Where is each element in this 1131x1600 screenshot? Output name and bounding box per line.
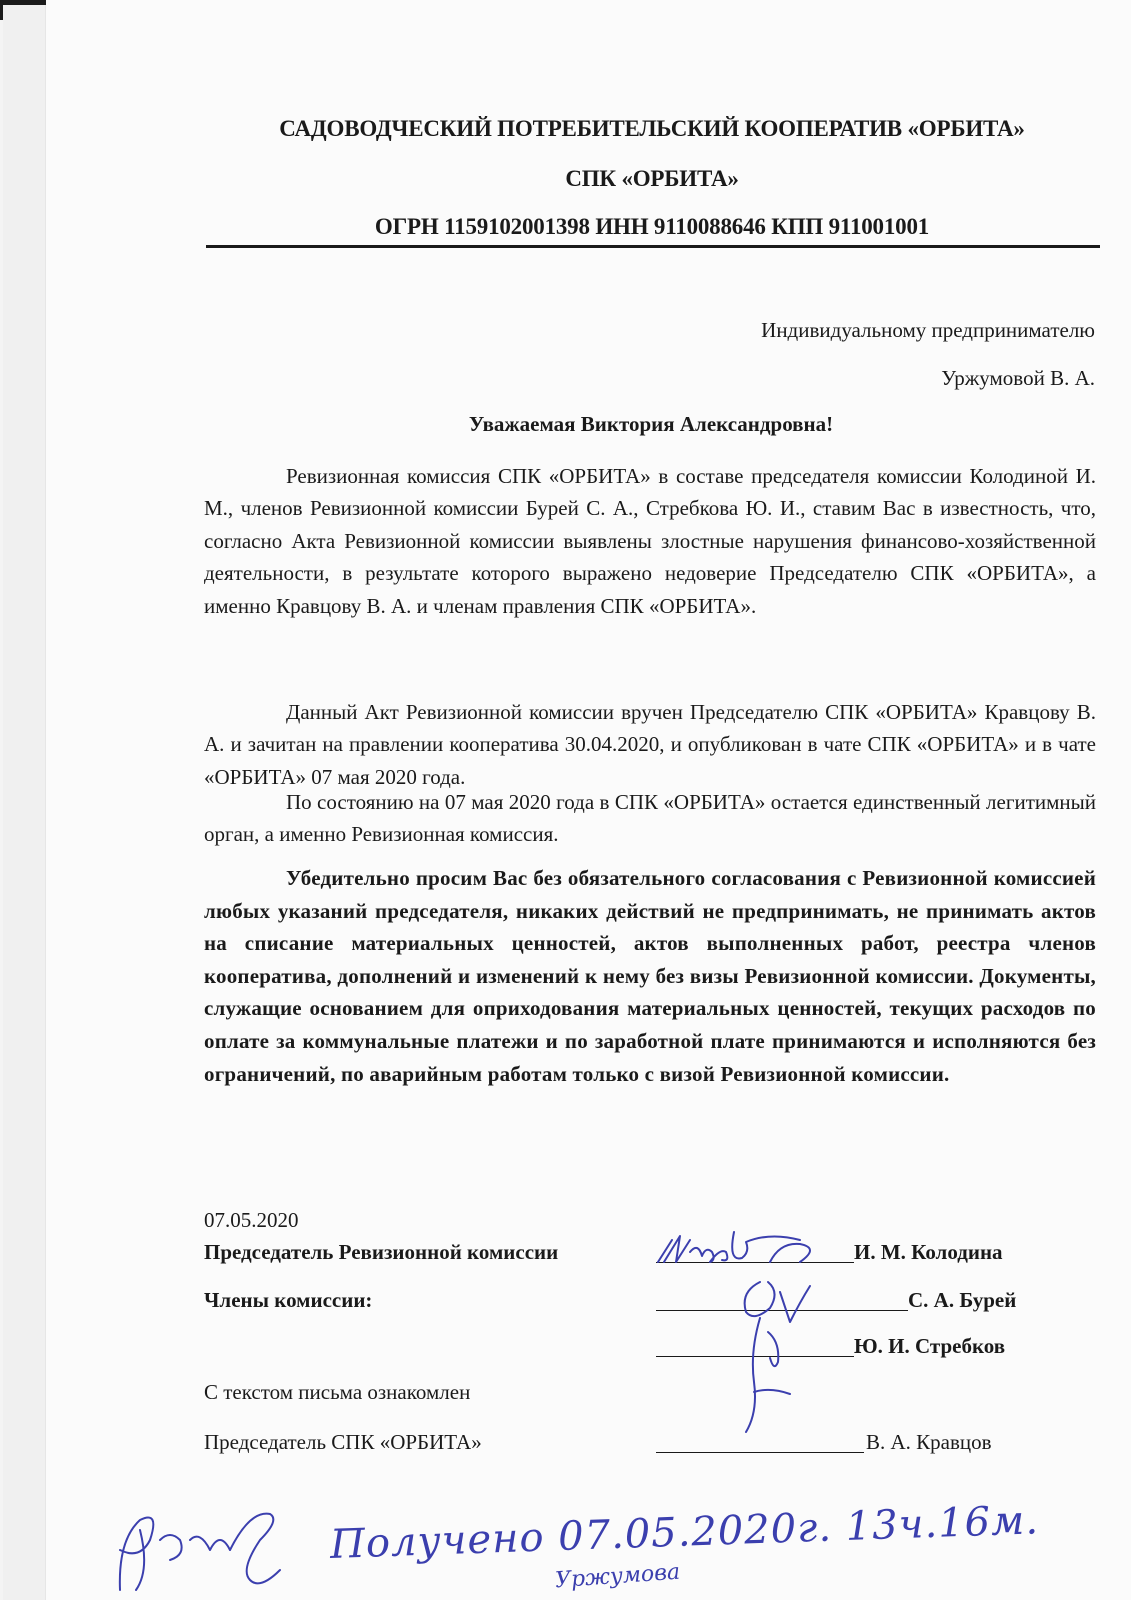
members-label: Члены комиссии: bbox=[204, 1288, 372, 1313]
signature-line bbox=[656, 1240, 854, 1263]
member2-name: Ю. И. Стребков bbox=[854, 1334, 1005, 1359]
acknowledgement-name: В. А. Кравцов bbox=[866, 1430, 992, 1455]
signature-line bbox=[656, 1430, 864, 1453]
org-short-name: СПК «ОРБИТА» bbox=[206, 166, 1098, 192]
org-full-name: САДОВОДЧЕСКИЙ ПОТРЕБИТЕЛЬСКИЙ КООПЕРАТИВ… bbox=[206, 116, 1098, 142]
body-paragraph: Данный Акт Ревизионной комиссии вручен П… bbox=[204, 696, 1096, 793]
addressee-title: Индивидуальному предпринимателю bbox=[761, 318, 1095, 343]
salutation: Уважаемая Виктория Александровна! bbox=[204, 412, 1098, 437]
signature-line bbox=[656, 1288, 908, 1311]
addressee-name: Уржумовой В. А. bbox=[941, 366, 1095, 391]
request-paragraph: Убедительно просим Вас без обязательного… bbox=[204, 862, 1096, 1090]
acknowledgement-label: С текстом письма ознакомлен bbox=[204, 1380, 470, 1405]
paper-margin bbox=[3, 5, 46, 1600]
letterhead-rule bbox=[206, 245, 1100, 248]
member1-name: С. А. Бурей bbox=[908, 1288, 1016, 1313]
letter-date: 07.05.2020 bbox=[204, 1208, 299, 1233]
body-paragraph: Ревизионная комиссия СПК «ОРБИТА» в сост… bbox=[204, 460, 1096, 622]
chair-name: И. М. Колодина bbox=[854, 1240, 1003, 1265]
body-paragraph: По состоянию на 07 мая 2020 года в СПК «… bbox=[204, 786, 1096, 851]
chair-label: Председатель Ревизионной комиссии bbox=[204, 1240, 558, 1265]
signature-line bbox=[656, 1334, 854, 1357]
acknowledgement-role: Председатель СПК «ОРБИТА» bbox=[204, 1430, 482, 1455]
org-registration: ОГРН 1159102001398 ИНН 9110088646 КПП 91… bbox=[206, 214, 1098, 240]
